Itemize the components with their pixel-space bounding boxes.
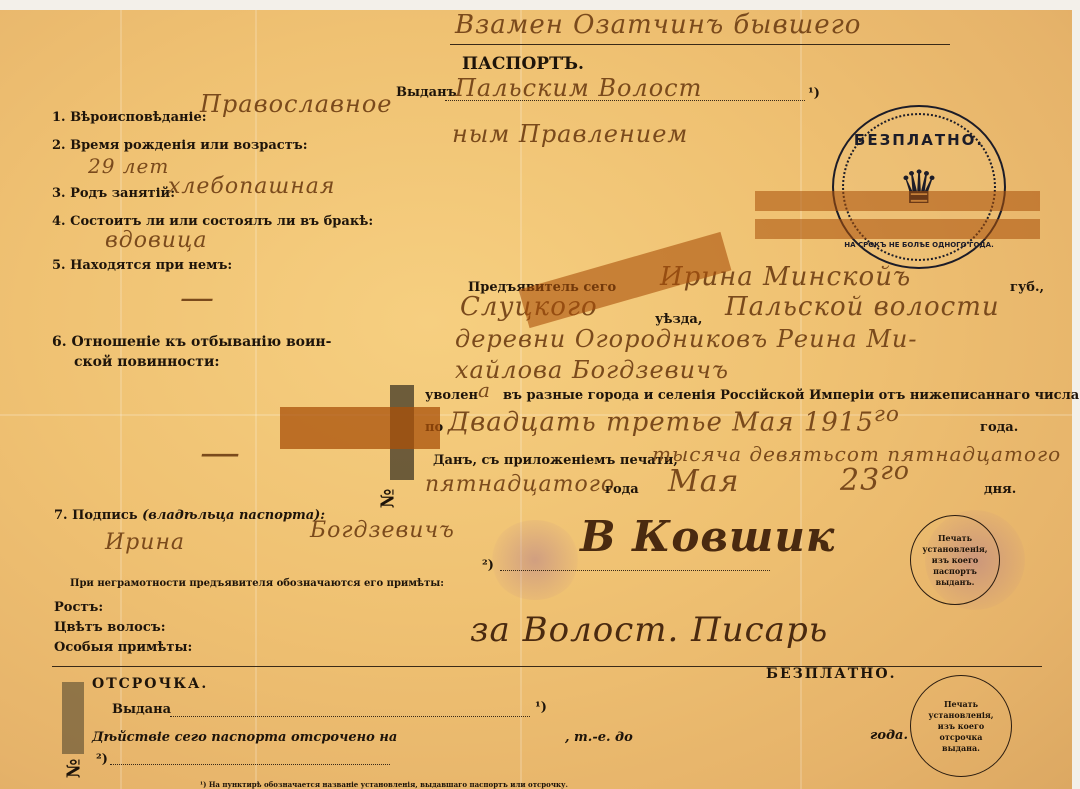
goda-label: года. [980,420,1018,435]
deferment-marker-2: ²) [96,752,108,767]
illiterate-note: При неграмотности предъявителя обозначаю… [70,578,444,589]
issued-label: Выданъ [396,85,457,100]
deferment-number-sign: № [63,759,84,779]
field-1-value: Православное [200,90,392,118]
day-hw: 23го [840,456,910,498]
field-5-dash: — [180,278,215,318]
field-4-value: вдовица [105,228,207,253]
clerk-signature: за Волост. Писарь [470,610,828,650]
page-title: ПАСПОРТЪ. [462,54,584,74]
top-underline [450,44,950,45]
field-6-dash: — [200,430,241,476]
deferment-dotted-2 [110,764,390,765]
passport-document: Взамен Озатчинъ бывшего ПАСПОРТЪ. Выданъ… [0,10,1072,789]
deferment-free-label: БЕЗПЛАТНО. [766,666,896,682]
owner-signature-first: Ирина [105,530,185,555]
deferment-issued-label: Выдана [112,702,171,717]
seal-placeholder-deferment: Печать установленія, изъ коего отсрочка … [910,675,1012,777]
field-6-label: 6. Отношеніе къ отбыванію воин- [52,334,331,350]
field-5-label: 5. Находятся при немъ: [52,258,232,273]
volost-hw: Пальской волости [725,292,1000,322]
fold-line [255,10,257,789]
released-text: въ разные города и селенія Россійской Им… [503,388,1079,403]
year-hw-2: пятнадцатого [425,472,615,497]
field-4-label: 4. Состоитъ ли или состоялъ ли въ бракѣ: [52,214,373,229]
hair-label: Цвѣтъ волосъ: [54,620,166,635]
month-hw: Мая [668,464,739,499]
uvolen-suffix-hw: а [478,378,491,402]
signature-dotted-line [500,570,770,571]
field-2-label: 2. Время рожденія или возрастъ: [52,138,308,153]
footnote-marker: ¹) [808,86,820,101]
owner-signature-last: Богдзевичъ [310,518,455,543]
dnya-label: дня. [984,482,1016,497]
deferment-year: года. [870,728,908,743]
field-1-label: 1. Вѣроисповѣданіе: [52,110,207,125]
patronymic-hw: хайлова Богдзевичъ [455,356,729,384]
field-7-label: 7. Подпись (владѣльца паспорта): [54,508,325,523]
grey-tape-strip [62,682,84,754]
official-signature: В Ковшик [580,512,835,561]
issued-by-handwritten-2: ным Правлением [452,120,688,148]
fold-line [120,10,122,789]
number-sign: № [377,489,398,509]
deferment-marker-1: ¹) [535,700,547,715]
deferment-issued-dotted [170,716,530,717]
faded-purple-stamp [490,520,580,600]
issued-with-seal-label: Данъ, съ приложеніемъ печати, [433,453,678,468]
brown-tape-repair [755,191,1040,211]
gub-label: губ., [1010,280,1044,295]
seal-placeholder-passport: Печать установленія, изъ коего паспортъ … [910,515,1000,605]
footnote: ¹) На пунктирѣ обозначается названіе уст… [200,780,568,789]
handwritten-top-note: Взамен Озатчинъ бывшего [455,10,861,40]
brown-tape-repair [280,407,440,449]
field-3-label: 3. Родъ занятій: [52,186,175,201]
issued-by-handwritten: Пальским Волост [455,74,702,102]
deferment-text: Дѣйствіе сего паспорта отсрочено на [92,730,397,745]
free-of-charge-seal: БЕЗПЛАТНО. ♛ НА СРОКЪ НЕ БОЛѢЕ ОДНОГО ГО… [832,105,1006,269]
valid-until-hw: Двадцать третье Мая 1915го [448,402,900,438]
seal-bottom-text: НА СРОКЪ НЕ БОЛѢЕ ОДНОГО ГОДА. [834,241,1004,249]
height-label: Ростъ: [54,600,103,615]
field-6-label-2: ской повинности: [74,354,220,370]
signature-marker: ²) [482,558,494,573]
deferment-title: ОТСРОЧКА. [92,676,208,692]
deferment-until: , т.-е. до [565,730,633,745]
field-3-value: хлебопашная [168,174,335,199]
brown-tape-repair [755,219,1040,239]
village-hw: деревни Огородниковъ Реина Ми- [455,325,917,353]
uvolen-label: уволен [425,388,478,403]
goda-label-2: года [605,482,639,497]
seal-top-text: БЕЗПЛАТНО. [834,131,1004,149]
field-2-value: 29 лет [88,154,169,178]
marks-label: Особыя примѣты: [54,640,192,655]
